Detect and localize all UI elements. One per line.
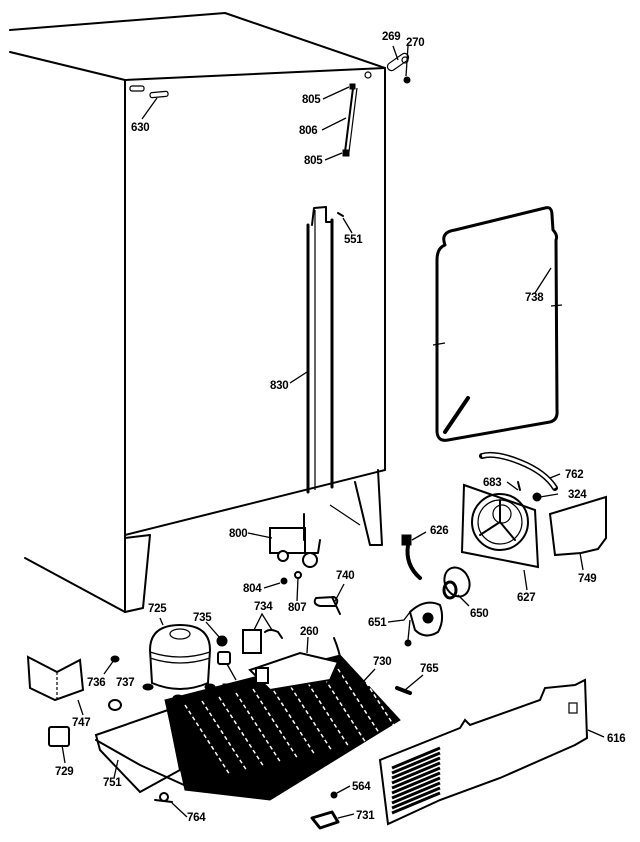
label-764: 764 [187,812,206,824]
part-747-relay-cover [28,657,83,700]
part-737-grommet [109,700,121,710]
label-737: 737 [116,677,134,689]
part-733-relay [218,652,230,664]
label-734: 734 [254,601,273,613]
label-733: 733 [222,683,240,695]
label-324: 324 [568,489,587,501]
label-730: 730 [373,656,391,668]
label-807: 807 [288,602,306,614]
part-650-motor [440,563,474,600]
label-800: 800 [229,528,247,540]
label-731: 731 [356,810,375,822]
label-627: 627 [517,592,535,604]
part-800-water-valve [270,514,320,584]
label-683: 683 [483,477,501,489]
label-630: 630 [131,122,149,134]
part-729-capacitor [49,727,69,746]
label-260: 260 [300,626,318,638]
part-627-fan-shroud [462,485,538,567]
part-651-fan-blade [405,603,442,646]
part-749-cover [550,497,606,555]
label-830: 830 [270,380,288,392]
label-751: 751 [103,777,122,789]
label-765: 765 [420,663,439,675]
part-806-tube [343,84,357,156]
label-736: 736 [87,677,105,689]
label-270: 270 [406,37,424,49]
part-616-rear-panel [380,680,587,824]
label-747: 747 [72,717,90,729]
part-626-plug [402,535,420,578]
label-651: 651 [368,617,387,629]
part-764-clamp [155,793,172,802]
label-805-bottom: 805 [304,155,323,167]
parts-diagram: 630 269 270 805 806 805 551 738 830 762 … [0,0,640,842]
label-735: 735 [193,612,212,624]
part-735-grommet [217,636,227,646]
label-564: 564 [352,781,371,793]
label-729: 729 [55,766,73,778]
part-734-overload [243,630,282,653]
part-765-clip [397,688,410,693]
label-762: 762 [565,469,583,481]
part-731-clip [312,812,338,828]
label-626: 626 [430,525,448,537]
part-564-screw [331,792,337,798]
part-830-channel [308,207,343,492]
label-551: 551 [344,234,363,246]
label-269: 269 [382,31,400,43]
label-616: 616 [607,733,625,745]
part-738-heater-loop [433,208,562,441]
cabinet [10,13,385,612]
label-805-top: 805 [302,94,321,106]
label-806: 806 [299,125,317,137]
label-740: 740 [336,570,354,582]
label-725: 725 [148,603,167,615]
label-749: 749 [578,573,596,585]
part-736-plug [111,656,119,662]
label-650: 650 [470,608,488,620]
label-804: 804 [243,583,262,595]
label-738: 738 [525,292,544,304]
part-630-clips [130,86,168,98]
